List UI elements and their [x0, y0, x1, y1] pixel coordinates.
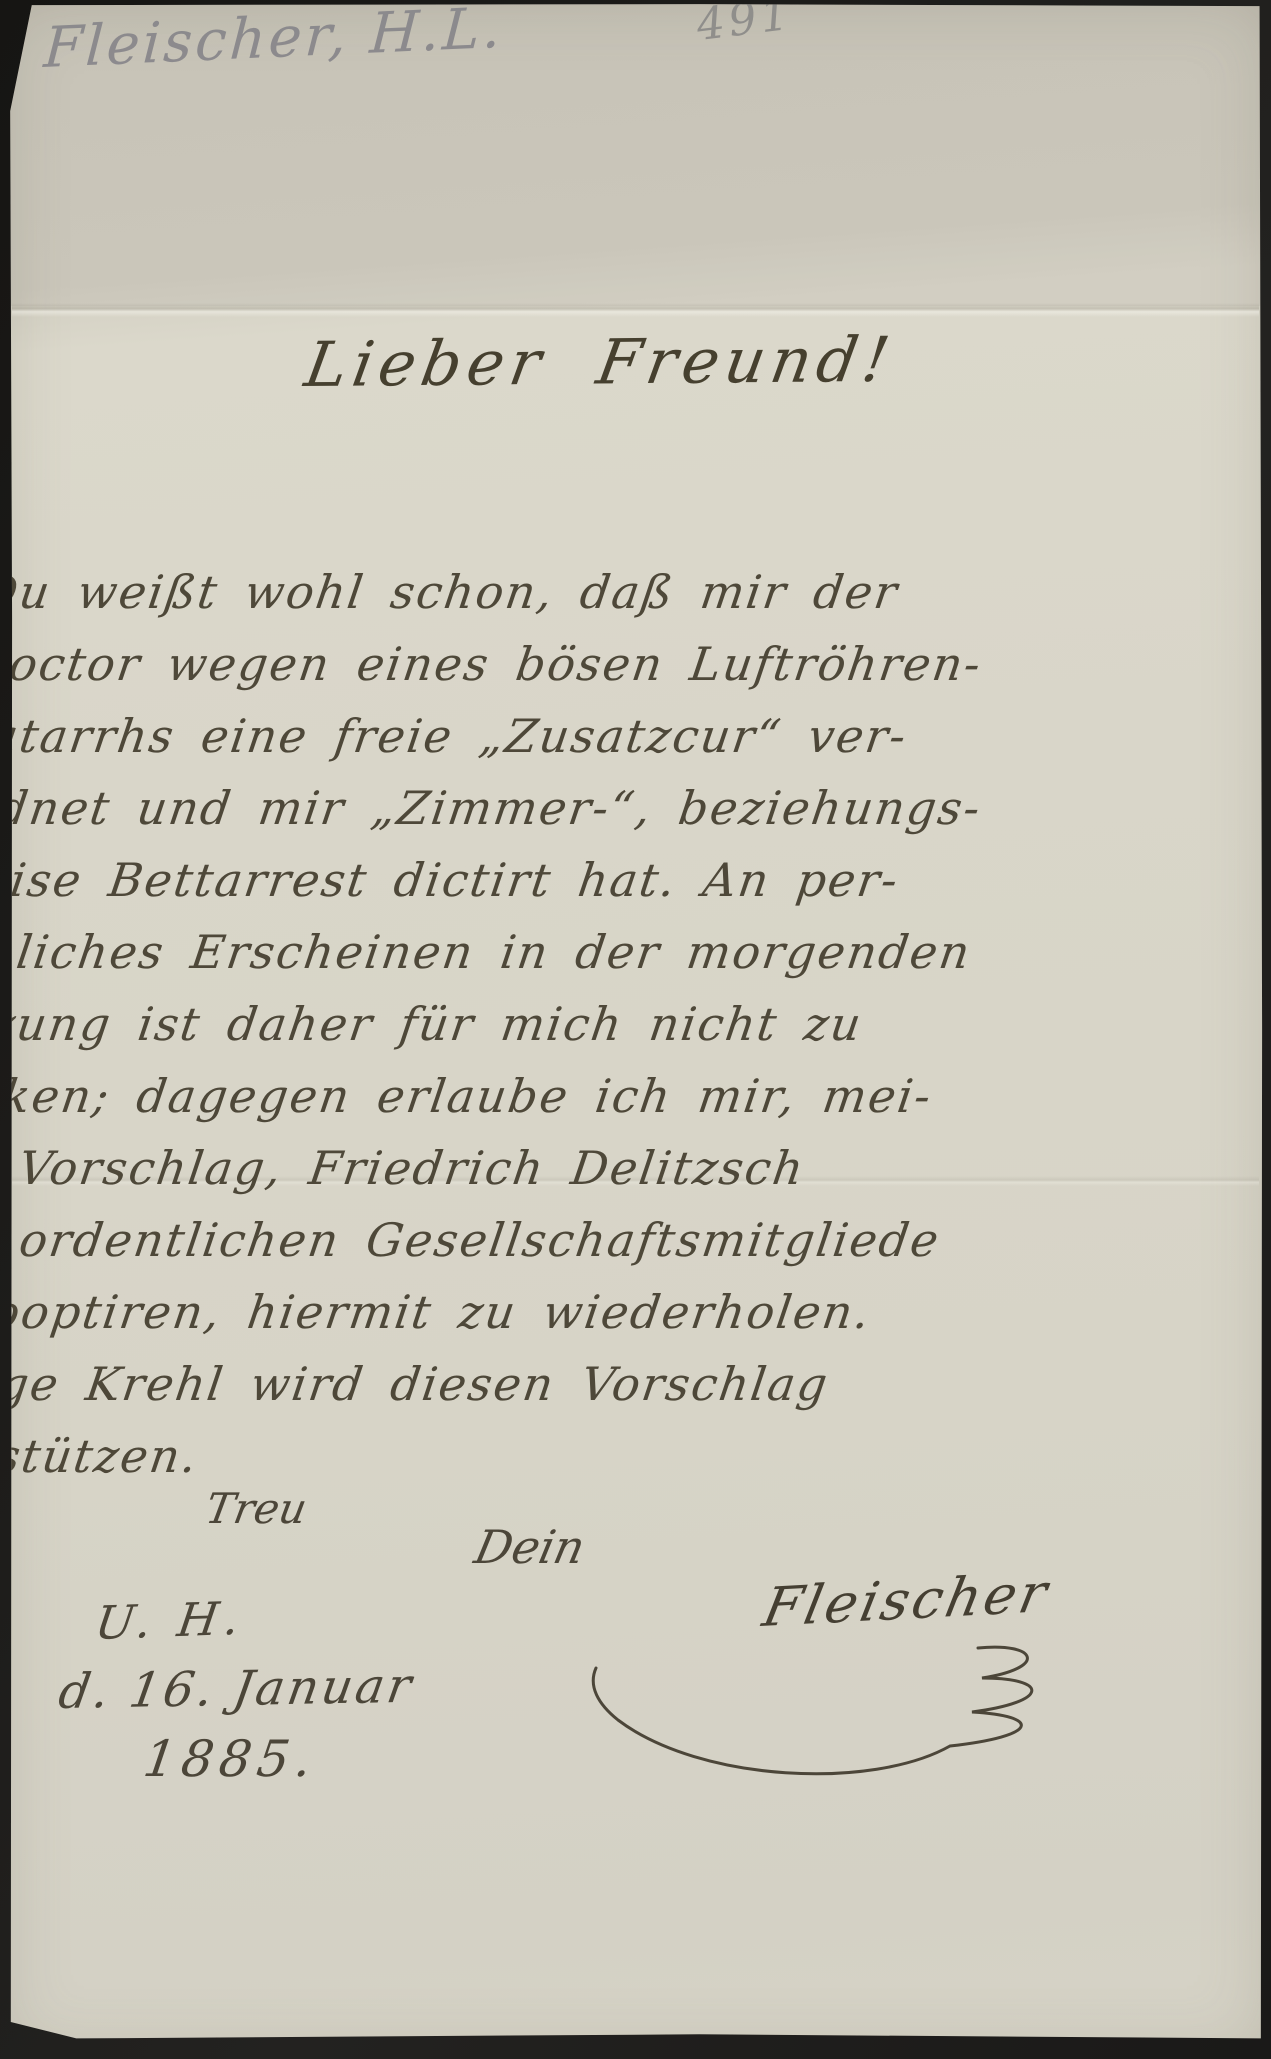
letter-body-line: sönliches Erscheinen in der morgenden [0, 925, 975, 979]
letter-body-line: weise Bettarrest dictirt hat. An per- [0, 853, 903, 907]
salutation: Lieber Freund! [300, 323, 900, 401]
year-line: 1885. [140, 1730, 321, 1788]
signature: Fleischer [758, 1561, 1055, 1639]
letter-body-line: College Krehl wird diesen Vorschlag [0, 1357, 833, 1411]
fold-crease-middle [12, 1176, 1259, 1186]
closing-pronoun: Dein [470, 1520, 590, 1574]
letter-body-line: nen Vorschlag, Friedrich Delitzsch [0, 1141, 808, 1195]
scan-background: Fleischer, H.L. 491 Lieber Freund! Du we… [0, 0, 1271, 2059]
date-line: d. 16. Januar [55, 1658, 418, 1720]
letter-body-line: zu cooptiren, hiermit zu wiederholen. [0, 1285, 875, 1339]
closing-word: Treu [202, 1484, 311, 1533]
letter-body-line: Du weißt wohl schon, daß mir der [0, 565, 902, 619]
letter-body-line: unterstützen. [0, 1429, 202, 1483]
place-abbreviation: U. H. [92, 1591, 249, 1650]
letter-body-line: zum ordentlichen Gesellschaftsmitgliede [0, 1213, 944, 1267]
letter-body-line: denken; dagegen erlaube ich mir, mei- [0, 1069, 936, 1123]
letter-body-line: ordnet und mir „Zimmer-“, beziehungs- [0, 781, 985, 835]
letter-body-line: Sitzung ist daher für mich nicht zu [0, 997, 866, 1051]
letter-body-line: katarrhs eine freie „Zusatzcur“ ver- [0, 709, 911, 763]
letter-page: Fleischer, H.L. 491 Lieber Freund! Du we… [0, 0, 1271, 2059]
letter-body-line: Doctor wegen eines bösen Luftröhren- [0, 637, 986, 691]
